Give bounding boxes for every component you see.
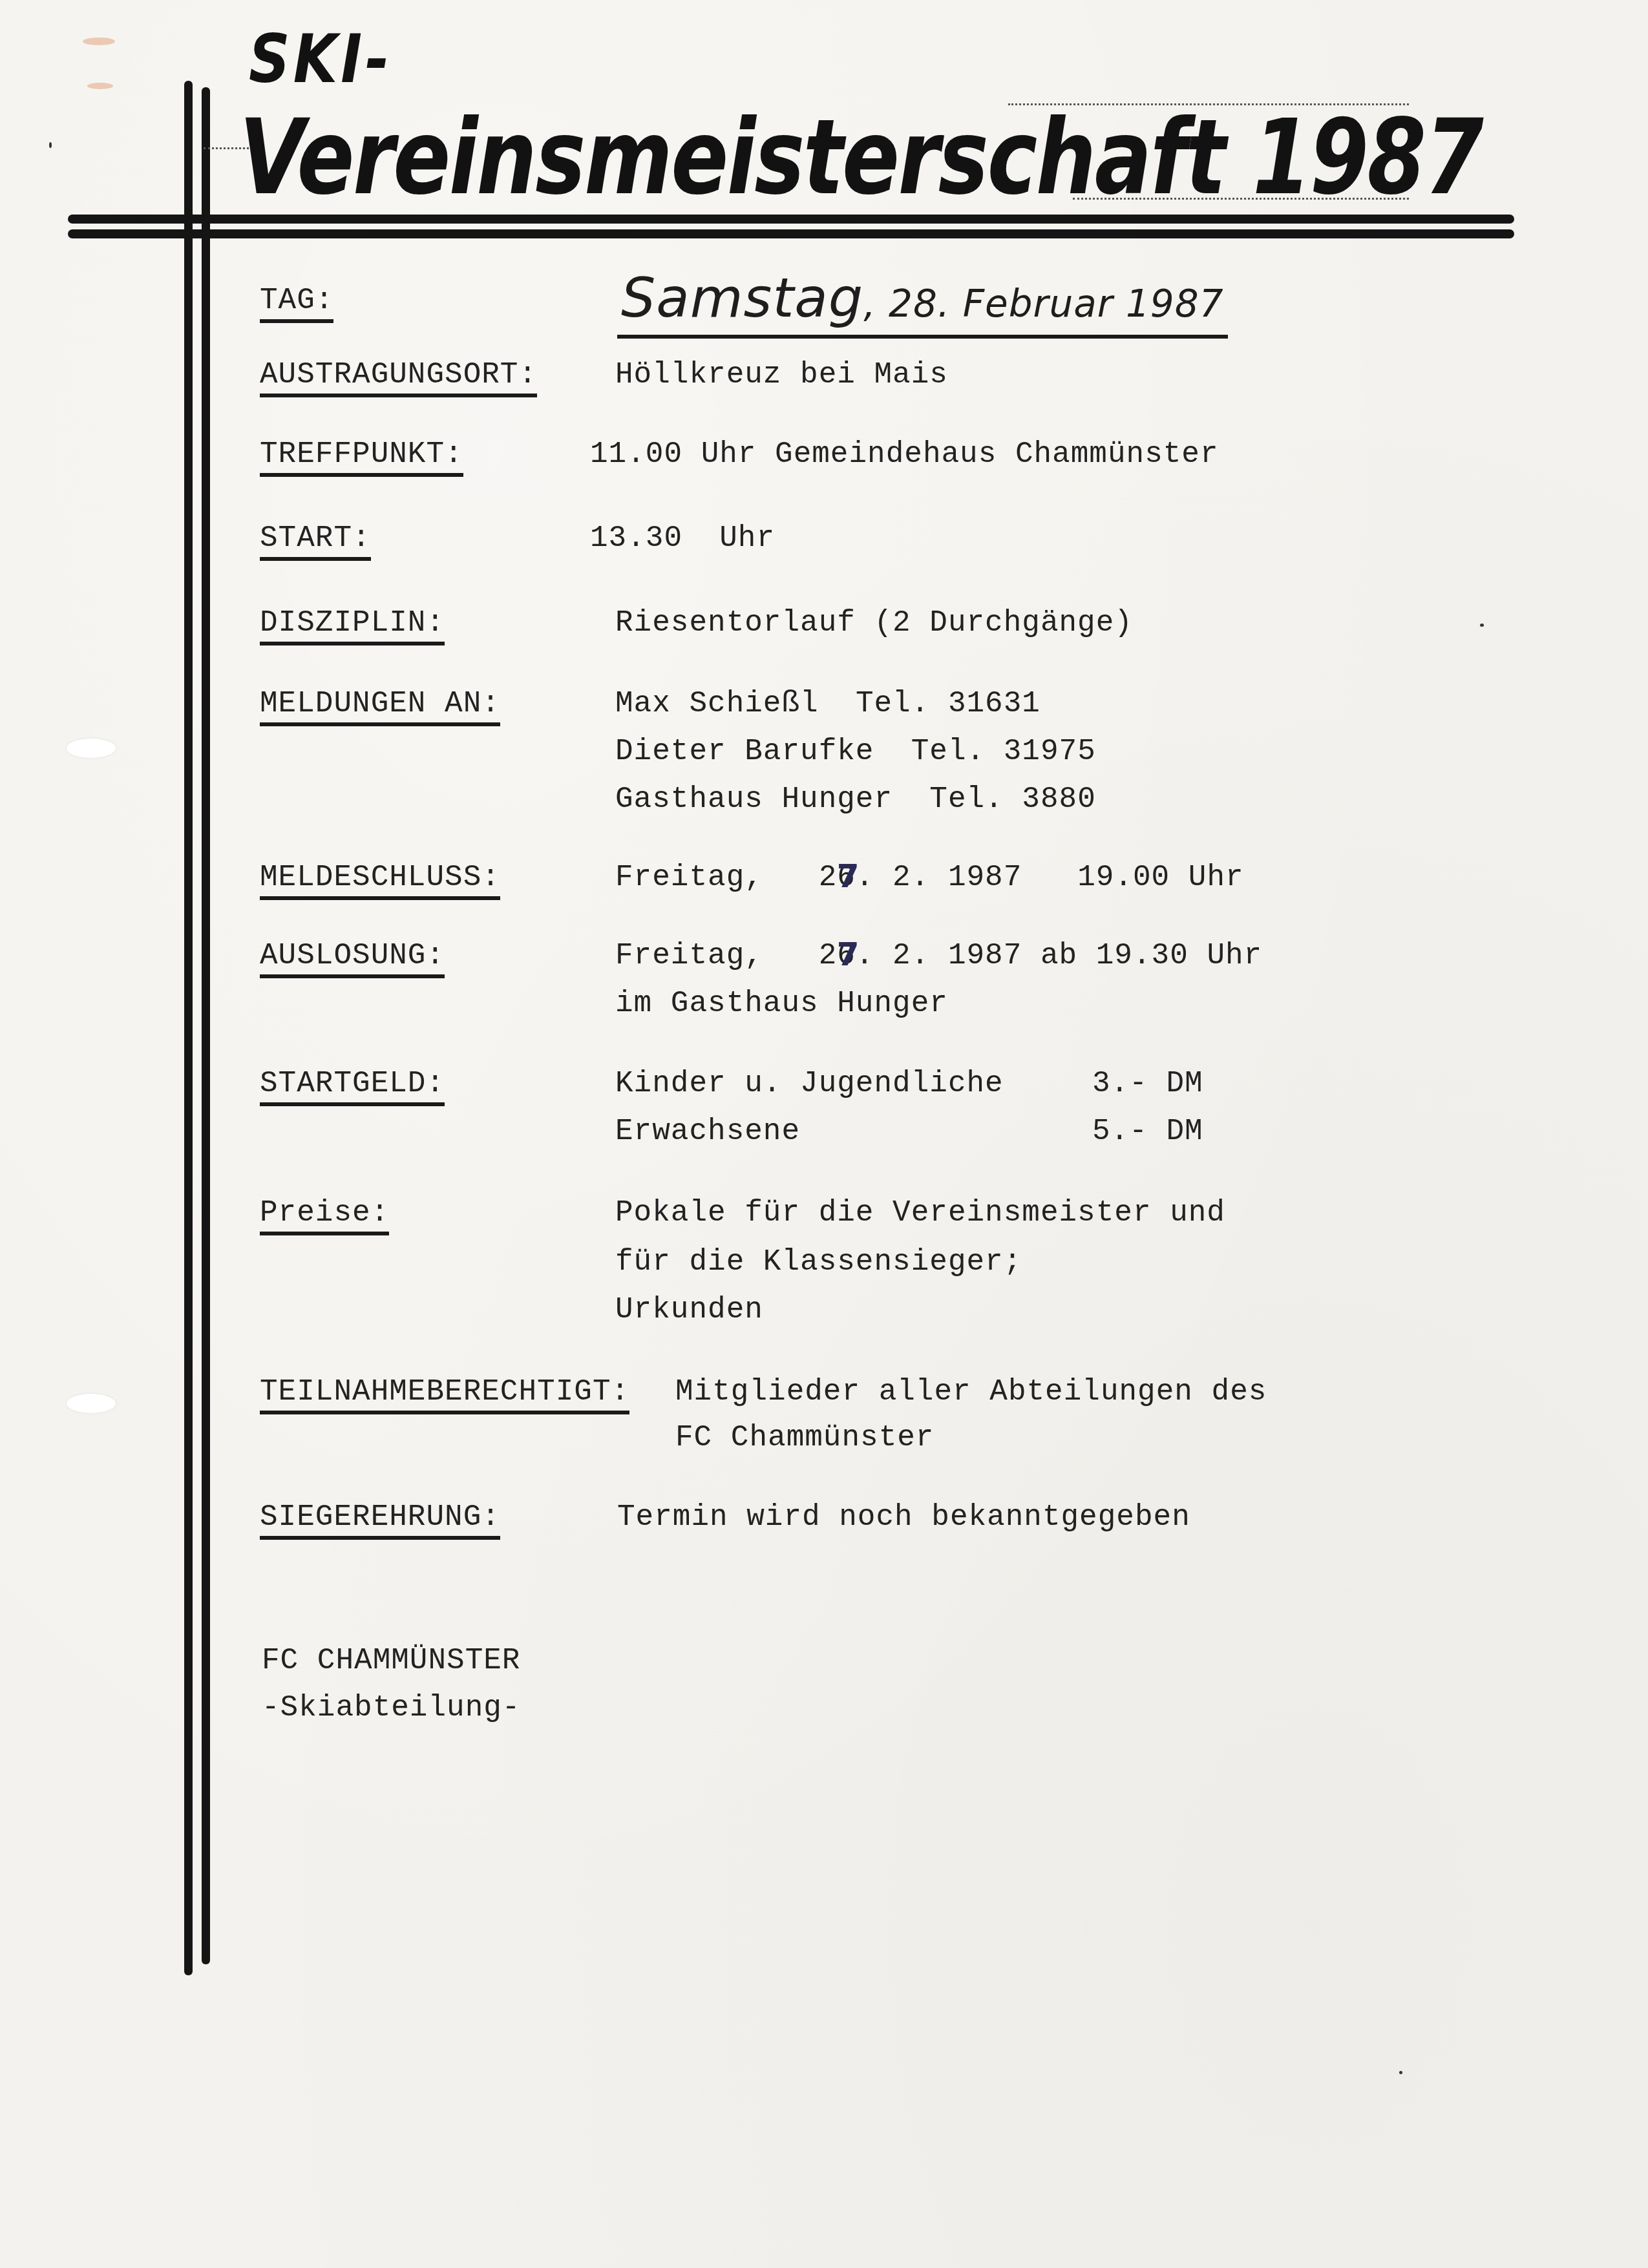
teilnahme-line: Mitglieder aller Abteilungen des: [675, 1377, 1267, 1407]
value-siegerehrung: Termin wird noch bekanntgegeben: [617, 1502, 1190, 1532]
signature-department: -Skiabteilung-: [262, 1693, 520, 1723]
speck: [1399, 2071, 1402, 2074]
label-treffpunkt: TREFFPUNKT:: [260, 439, 463, 477]
contact-item: Max Schießl Tel. 31631: [615, 689, 1041, 719]
auslosung-date-rest: . 2. 1987: [856, 939, 1022, 972]
value-start: 13.30 Uhr: [590, 523, 775, 553]
rust-stain: [87, 83, 113, 89]
margin-rule-right: [202, 87, 210, 1964]
value-tag-date: , 28. Februar 1987: [863, 282, 1223, 326]
contact-item: Dieter Barufke Tel. 31975: [615, 737, 1096, 766]
punch-hole-top: [67, 739, 116, 758]
contact-tel: 3880: [1022, 782, 1095, 816]
meldeschluss-date-rest: . 2. 1987: [856, 861, 1022, 894]
contact-tel: 31975: [1004, 735, 1096, 768]
value-auslosung-location: im Gasthaus Hunger: [615, 989, 948, 1018]
contact-tel-label: Tel.: [856, 687, 929, 720]
value-austragungsort: Höllkreuz bei Mais: [615, 360, 948, 390]
label-siegerehrung: SIEGEREHRUNG:: [260, 1502, 500, 1540]
teilnahme-line: FC Chammünster: [675, 1423, 934, 1453]
auslosung-time: ab 19.30 Uhr: [1041, 939, 1262, 972]
auslosung-weekday: Freitag,: [615, 939, 763, 972]
value-auslosung: Freitag, 267. 2. 1987 ab 19.30 Uhr: [615, 941, 1262, 971]
label-preise: Preise:: [260, 1198, 389, 1235]
meldeschluss-day-corrected: 267: [819, 863, 856, 892]
value-tag-day: Samstag: [621, 266, 863, 330]
value-meldeschluss: Freitag, 267. 2. 1987 19.00 Uhr: [615, 863, 1244, 892]
title-line-main: Vereinsmeisterschaft 1987: [239, 97, 1482, 218]
preise-line: Urkunden: [615, 1295, 763, 1325]
contact-item: Gasthaus Hunger Tel. 3880: [615, 784, 1096, 814]
fee-group: Kinder u. Jugendliche: [615, 1069, 1004, 1098]
contact-tel-label: Tel.: [911, 735, 985, 768]
correction-mark: 7: [837, 860, 860, 892]
margin-rule-left: [184, 81, 193, 1975]
fee-amount: 3.- DM: [1092, 1069, 1203, 1098]
label-disziplin: DISZIPLIN:: [260, 608, 445, 646]
contact-name: Dieter Barufke: [615, 735, 874, 768]
meldeschluss-weekday: Freitag,: [615, 861, 763, 894]
label-startgeld: STARTGELD:: [260, 1069, 445, 1106]
title-rule-bottom: [68, 229, 1514, 238]
contact-name: Max Schießl: [615, 687, 819, 720]
contact-name: Gasthaus Hunger: [615, 782, 893, 816]
contact-tel: 31631: [948, 687, 1041, 720]
signature-org: FC CHAMMÜNSTER: [262, 1646, 520, 1675]
title-line-ski: SKI-: [249, 19, 392, 98]
value-disziplin: Riesentorlauf (2 Durchgänge): [615, 608, 1133, 638]
label-austragungsort: AUSTRAGUNGSORT:: [260, 360, 537, 397]
speck: [1480, 624, 1484, 627]
speck: [49, 142, 52, 148]
label-teilnahmeberechtigt: TEILNAHMEBERECHTIGT:: [260, 1377, 629, 1414]
label-meldungen-an: MELDUNGEN AN:: [260, 689, 500, 726]
rust-stain: [83, 37, 115, 45]
label-auslosung: AUSLOSUNG:: [260, 941, 445, 978]
label-tag: TAG:: [260, 286, 333, 323]
correction-mark: 7: [837, 938, 860, 971]
fee-group: Erwachsene: [615, 1117, 800, 1146]
value-treffpunkt: 11.00 Uhr Gemeindehaus Chammünster: [590, 439, 1219, 469]
value-tag-handwritten: Samstag, 28. Februar 1987: [617, 266, 1228, 339]
preise-line: Pokale für die Vereinsmeister und: [615, 1198, 1225, 1228]
punch-hole-bottom: [67, 1394, 116, 1413]
auslosung-day-corrected: 267: [819, 941, 856, 971]
label-meldeschluss: MELDESCHLUSS:: [260, 863, 500, 900]
contact-tel-label: Tel.: [929, 782, 1003, 816]
preise-line: für die Klassensieger;: [615, 1247, 1022, 1277]
fee-amount: 5.- DM: [1092, 1117, 1203, 1146]
paper-background: [0, 0, 1648, 2268]
label-start: START:: [260, 523, 371, 561]
meldeschluss-time: 19.00 Uhr: [1077, 861, 1243, 894]
